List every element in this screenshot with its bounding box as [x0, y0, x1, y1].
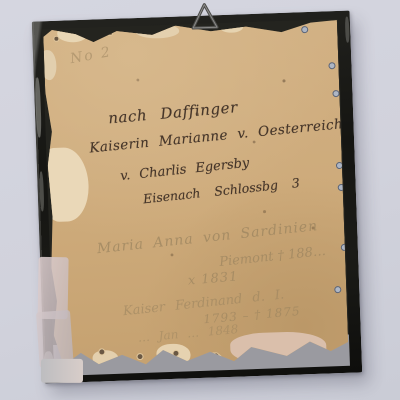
photo-background: No 2 nach Daffinger Kaiserin Marianne v.…	[0, 0, 400, 400]
pencil-inscription-line: … Jan … 1848	[137, 323, 238, 344]
ink-inscription-line: v. Charlis Egersby	[120, 157, 250, 183]
pencil-inscription-line: Piemont † 188…	[219, 245, 327, 269]
picture-frame: No 2 nach Daffinger Kaiserin Marianne v.…	[32, 11, 362, 384]
tack-hole	[136, 353, 143, 360]
ink-inscription-line: nach Daffinger	[108, 100, 239, 126]
frame-wear-mark	[345, 17, 350, 43]
metal-tack	[301, 26, 308, 33]
backing-paper: No 2 nach Daffinger Kaiserin Marianne v.…	[43, 20, 349, 369]
pencil-corner-mark: No 2	[69, 45, 113, 66]
metal-tack	[334, 286, 341, 293]
ink-inscription-line: Eisenach Schlossbg 3	[143, 177, 301, 206]
metal-tack	[332, 90, 339, 97]
metal-tack	[328, 62, 335, 69]
hanging-ring-icon	[187, 2, 222, 31]
tape-remnant	[41, 359, 83, 383]
tack-hole	[53, 36, 59, 42]
metal-tack	[341, 244, 348, 251]
frame-wear-mark	[35, 77, 42, 137]
pencil-inscription-line: x 1831	[187, 270, 239, 287]
frame-wear-mark	[39, 171, 44, 211]
framed-object: No 2 nach Daffinger Kaiserin Marianne v.…	[32, 11, 362, 384]
